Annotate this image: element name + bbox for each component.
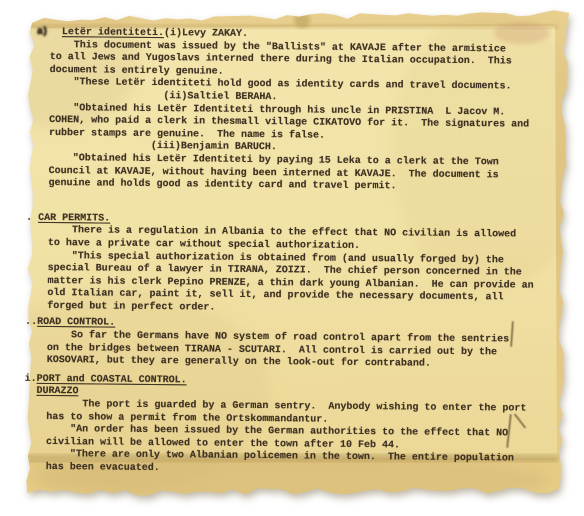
margin-annotation: a) <box>37 27 62 40</box>
section-body: This document was issued by the "Ballist… <box>48 40 554 196</box>
section-car-permits: .CAR PERMITS. There is a regulation in A… <box>47 213 553 319</box>
section-heading: ROAD CONTROL. <box>37 317 115 329</box>
margin-annotation: . <box>26 212 38 225</box>
section-heading: PORT and COASTAL CONTROL. <box>37 374 187 386</box>
section-road-control: ..ROAD CONTROL. So far the Germans have … <box>47 317 552 372</box>
section-body: So far the Germans have NO system of roa… <box>47 330 552 373</box>
section-heading-suffix: (i)Levy ZAKAY. <box>164 28 248 40</box>
section-leter-identiteti: a)Letër identiteti.(i)Levy ZAKAY. This d… <box>48 27 555 196</box>
subsection-heading: DURAZZO <box>36 386 78 397</box>
margin-annotation: i. <box>25 374 37 387</box>
stain <box>294 12 310 28</box>
typed-document-text: a)Letër identiteti.(i)Levy ZAKAY. This d… <box>46 27 555 479</box>
section-port-coastal-control: i.PORT and COASTAL CONTROL. DURAZZO The … <box>46 374 552 480</box>
scanned-document-photo: a)Letër identiteti.(i)Levy ZAKAY. This d… <box>0 0 584 516</box>
section-body: There is a regulation in Albania to the … <box>47 225 553 318</box>
margin-annotation: .. <box>25 317 37 330</box>
section-heading: Letër identiteti. <box>62 27 164 39</box>
section-body: The port is guarded by a German sentry. … <box>46 399 552 479</box>
section-heading: CAR PERMITS. <box>38 213 110 225</box>
